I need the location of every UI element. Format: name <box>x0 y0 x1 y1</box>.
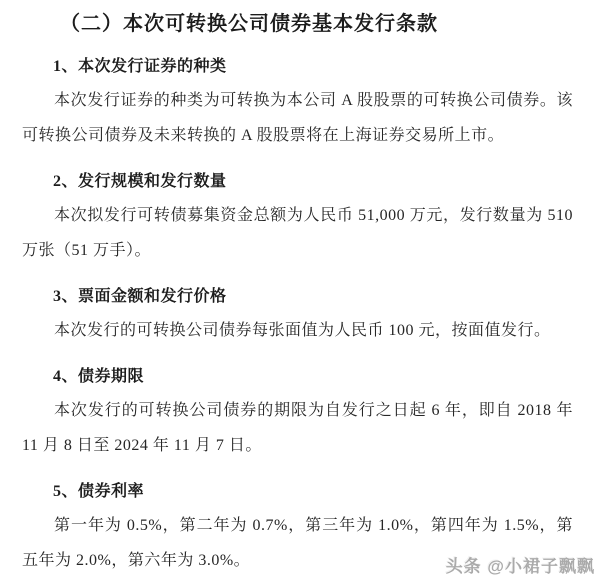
section-heading-4: 4、债券期限 <box>53 366 573 388</box>
section-body-3: 本次发行的可转换公司债券每张面值为人民币 100 元，按面值发行。 <box>22 313 573 348</box>
section-body-2: 本次拟发行可转债募集资金总额为人民币 51,000 万元，发行数量为 510 万… <box>22 198 573 268</box>
section-bond-term: 4、债券期限 本次发行的可转换公司债券的期限为自发行之日起 6 年，即自 201… <box>22 366 573 463</box>
section-body-4: 本次发行的可转换公司债券的期限为自发行之日起 6 年，即自 2018 年 11 … <box>22 393 573 463</box>
section-issue-scale: 2、发行规模和发行数量 本次拟发行可转债募集资金总额为人民币 51,000 万元… <box>22 171 573 268</box>
document-title: （二）本次可转换公司债券基本发行条款 <box>60 10 573 38</box>
section-heading-1: 1、本次发行证券的种类 <box>53 56 573 78</box>
section-heading-3: 3、票面金额和发行价格 <box>53 286 573 308</box>
toutiao-watermark: 头条 @小裙子飘飘 <box>446 552 595 577</box>
section-security-type: 1、本次发行证券的种类 本次发行证券的种类为可转换为本公司 A 股股票的可转换公… <box>22 56 573 153</box>
section-heading-2: 2、发行规模和发行数量 <box>53 171 573 193</box>
section-face-value: 3、票面金额和发行价格 本次发行的可转换公司债券每张面值为人民币 100 元，按… <box>22 286 573 348</box>
section-heading-5: 5、债券利率 <box>53 481 573 503</box>
document-page: （二）本次可转换公司债券基本发行条款 1、本次发行证券的种类 本次发行证券的种类… <box>0 0 599 581</box>
section-body-1: 本次发行证券的种类为可转换为本公司 A 股股票的可转换公司债券。该可转换公司债券… <box>22 83 573 153</box>
